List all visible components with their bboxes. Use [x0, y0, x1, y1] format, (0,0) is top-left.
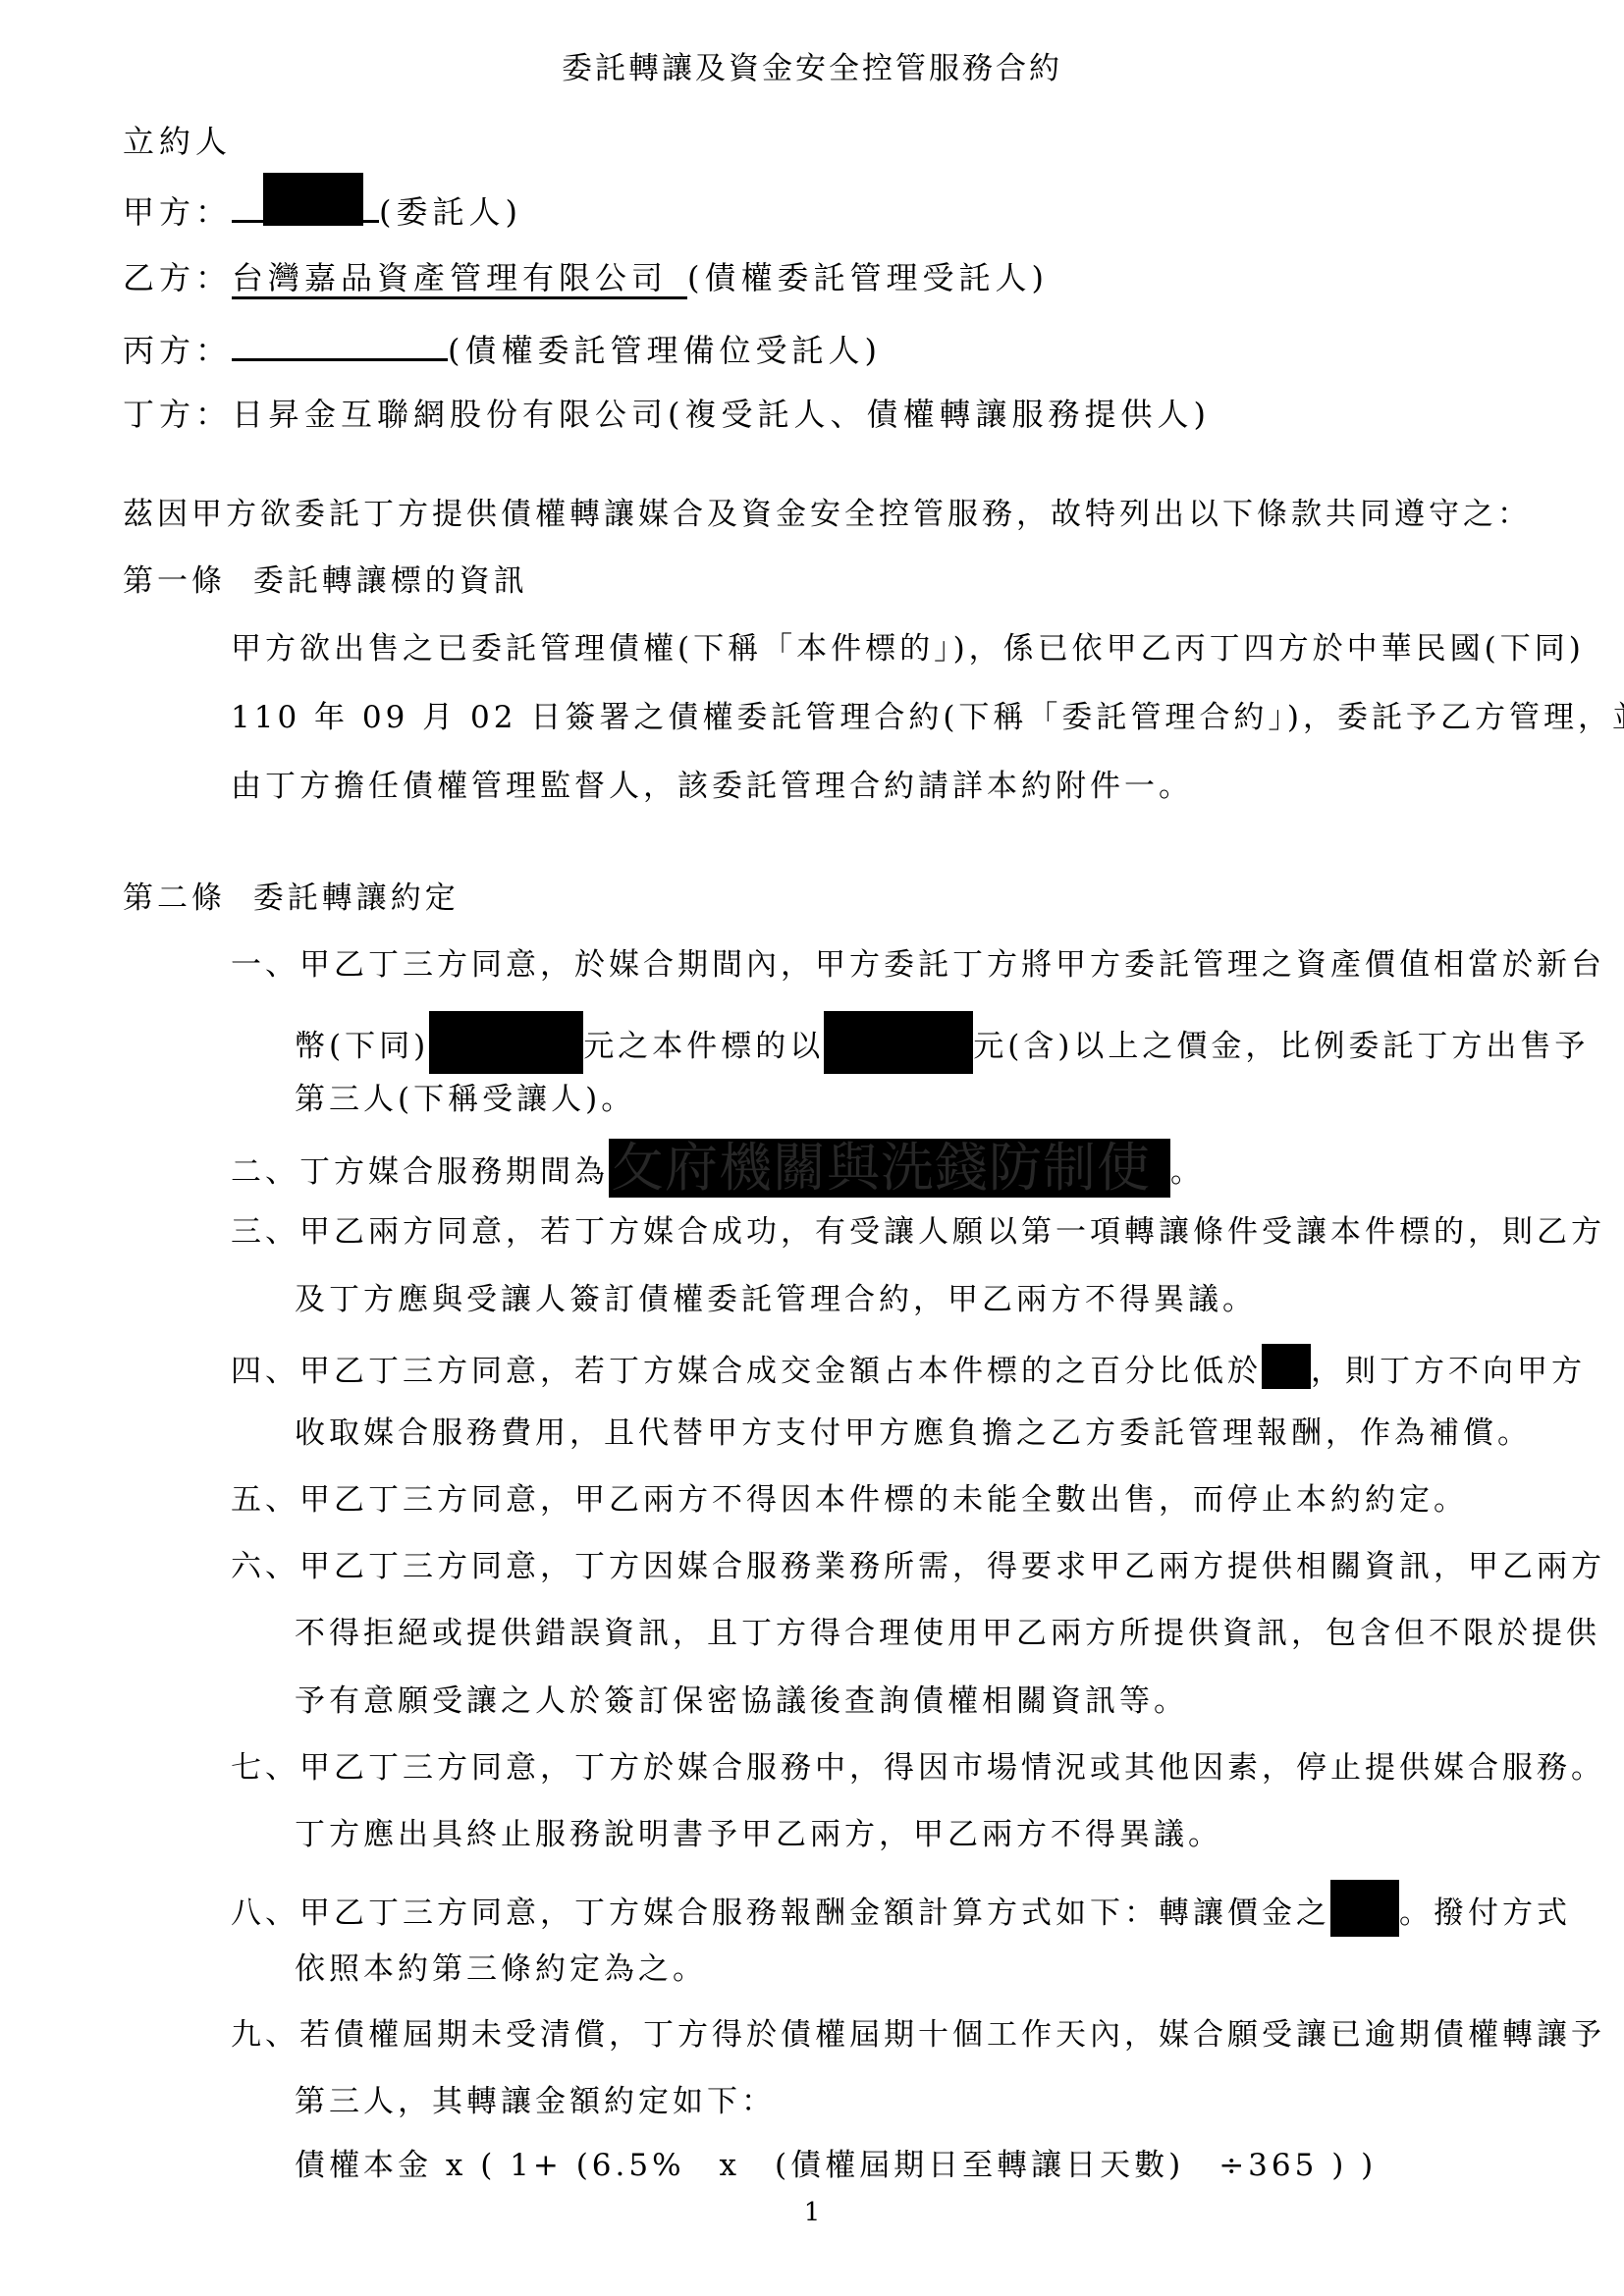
party-c-role: (債權委託管理備位受託人)	[448, 332, 882, 369]
article-2-item-4-line-2: 收取媒合服務費用，且代替甲方支付甲方應負擔之乙方委託管理報酬，作為補償。	[295, 1412, 1532, 1455]
article-2-item-7-line-1: 七、甲乙丁三方同意，丁方於媒合服務中，得因市場情況或其他因素，停止提供媒合服務。	[231, 1746, 1605, 1789]
redaction-box	[1330, 1880, 1399, 1937]
item-8-line-1-post: 。撥付方式	[1399, 1896, 1571, 1931]
item-8-line-1-pre: 八、甲乙丁三方同意，丁方媒合服務報酬金額計算方式如下：轉讓價金之	[231, 1896, 1330, 1931]
party-b-name: 台灣嘉品資產管理有限公司	[232, 259, 687, 299]
article-2-item-9-line-1: 九、若債權屆期未受清償，丁方得於債權屆期十個工作天內，媒合願受讓已逾期債權轉讓予	[231, 2013, 1605, 2056]
redaction-box	[824, 1011, 973, 1074]
article-2-item-6-line-3: 予有意願受讓之人於簽訂保密協議後查詢債權相關資訊等。	[295, 1680, 1188, 1723]
article-2-item-6-line-1: 六、甲乙丁三方同意，丁方因媒合服務業務所需，得要求甲乙兩方提供相關資訊，甲乙兩方	[231, 1545, 1605, 1588]
party-c-signature-blank	[232, 325, 448, 361]
article-1-line-2: 110 年 09 月 02 日簽署之債權委託管理合約(下稱「委託管理合約」)，委…	[231, 696, 1624, 739]
party-d-label: 丁方：	[123, 396, 232, 433]
article-2-item-7-line-2: 丁方應出具終止服務說明書予甲乙兩方，甲乙兩方不得異議。	[295, 1813, 1222, 1856]
article-2-heading: 第二條 委託轉讓約定	[123, 877, 460, 920]
article-2-item-9-line-2: 第三人，其轉讓金額約定如下：	[295, 2080, 776, 2123]
article-2-item-8-line-2: 依照本約第三條約定為之。	[295, 1948, 707, 1991]
party-a-signature-blank	[232, 187, 379, 223]
item-1-line-2-post: 元(含)以上之價金，比例委託丁方出售予	[973, 1029, 1589, 1064]
item-2-pre: 二、丁方媒合服務期間為	[231, 1154, 609, 1190]
party-b-role: (債權委託管理受託人)	[687, 259, 1049, 296]
redaction-box	[429, 1011, 583, 1074]
party-a-label: 甲方：	[123, 193, 232, 231]
article-2-item-1-line-2: 幣(下同)元之本件標的以元(含)以上之價金，比例委託丁方出售予	[295, 1011, 1589, 1074]
redaction-box	[1262, 1344, 1311, 1389]
article-2-item-4-line-1: 四、甲乙丁三方同意，若丁方媒合成交金額占本件標的之百分比低於，則丁方不向甲方	[231, 1344, 1586, 1393]
parties-heading: 立約人	[123, 120, 232, 163]
party-a-role: (委託人)	[379, 193, 522, 231]
preamble: 茲因甲方欲委託丁方提供債權轉讓媒合及資金安全控管服務，故特列出以下條款共同遵守之…	[123, 493, 1532, 536]
item-2-post: 。	[1170, 1154, 1205, 1190]
party-d-name: 日昇金互聯網股份有限公司	[232, 396, 668, 433]
article-2-item-8-line-1: 八、甲乙丁三方同意，丁方媒合服務報酬金額計算方式如下：轉讓價金之。撥付方式	[231, 1880, 1571, 1937]
item-4-line-1-pre: 四、甲乙丁三方同意，若丁方媒合成交金額占本件標的之百分比低於	[231, 1354, 1262, 1389]
party-d-line: 丁方：日昇金互聯網股份有限公司(複受託人、債權轉讓服務提供人)	[123, 393, 1211, 436]
article-2-item-1-line-1: 一、甲乙丁三方同意，於媒合期間內，甲方委託丁方將甲方委託管理之資產價值相當於新台	[231, 943, 1605, 987]
party-c-label: 丙方：	[123, 332, 232, 369]
article-2-item-2-line: 二、丁方媒合服務期間為攵府機關與洗錢防制使。	[231, 1139, 1205, 1198]
article-2-item-9-formula: 債權本金 x ( 1+ (6.5% x (債權屆期日至轉讓日天數) ÷365 )…	[295, 2144, 1377, 2187]
article-2-item-6-line-2: 不得拒絕或提供錯誤資訊，且丁方得合理使用甲乙兩方所提供資訊，包含但不限於提供	[295, 1612, 1600, 1655]
article-2-item-5-line: 五、甲乙丁三方同意，甲乙兩方不得因本件標的未能全數出售，而停止本約約定。	[231, 1478, 1468, 1522]
article-2-item-1-line-3: 第三人(下稱受讓人)。	[295, 1078, 635, 1121]
party-d-role: (複受託人、債權轉讓服務提供人)	[668, 396, 1211, 433]
party-c-line: 丙方：(債權委託管理備位受託人)	[123, 325, 882, 372]
party-b-line: 乙方：台灣嘉品資產管理有限公司(債權委託管理受託人)	[123, 256, 1049, 299]
party-b-label: 乙方：	[123, 259, 232, 296]
item-1-line-2-mid: 元之本件標的以	[583, 1029, 824, 1064]
ghost-watermark-text: 攵府機關與洗錢防制使	[611, 1139, 1151, 1198]
item-1-line-2-pre: 幣(下同)	[295, 1029, 429, 1064]
article-1-line-3: 由丁方擔任債權管理監督人，該委託管理合約請詳本約附件一。	[231, 765, 1193, 808]
article-1-line-1: 甲方欲出售之已委託管理債權(下稱「本件標的」)，係已依甲乙丙丁四方於中華民國(下…	[231, 627, 1585, 670]
item-4-line-1-post: ，則丁方不向甲方	[1311, 1354, 1586, 1389]
article-2-item-3-line-2: 及丁方應與受讓人簽訂債權委託管理合約，甲乙兩方不得異議。	[295, 1278, 1257, 1321]
party-a-line: 甲方：(委託人)	[123, 187, 522, 234]
article-1-heading: 第一條 委託轉讓標的資訊	[123, 560, 528, 603]
redaction-box-with-ghost-text: 攵府機關與洗錢防制使	[609, 1139, 1170, 1198]
redaction-box	[263, 173, 363, 226]
contract-page: 委託轉讓及資金安全控管服務合約 立約人 甲方：(委託人) 乙方：台灣嘉品資產管理…	[0, 0, 1624, 2296]
article-2-item-3-line-1: 三、甲乙兩方同意，若丁方媒合成功，有受讓人願以第一項轉讓條件受讓本件標的，則乙方	[231, 1210, 1605, 1254]
page-number: 1	[0, 2191, 1624, 2234]
page-title: 委託轉讓及資金安全控管服務合約	[0, 47, 1624, 90]
